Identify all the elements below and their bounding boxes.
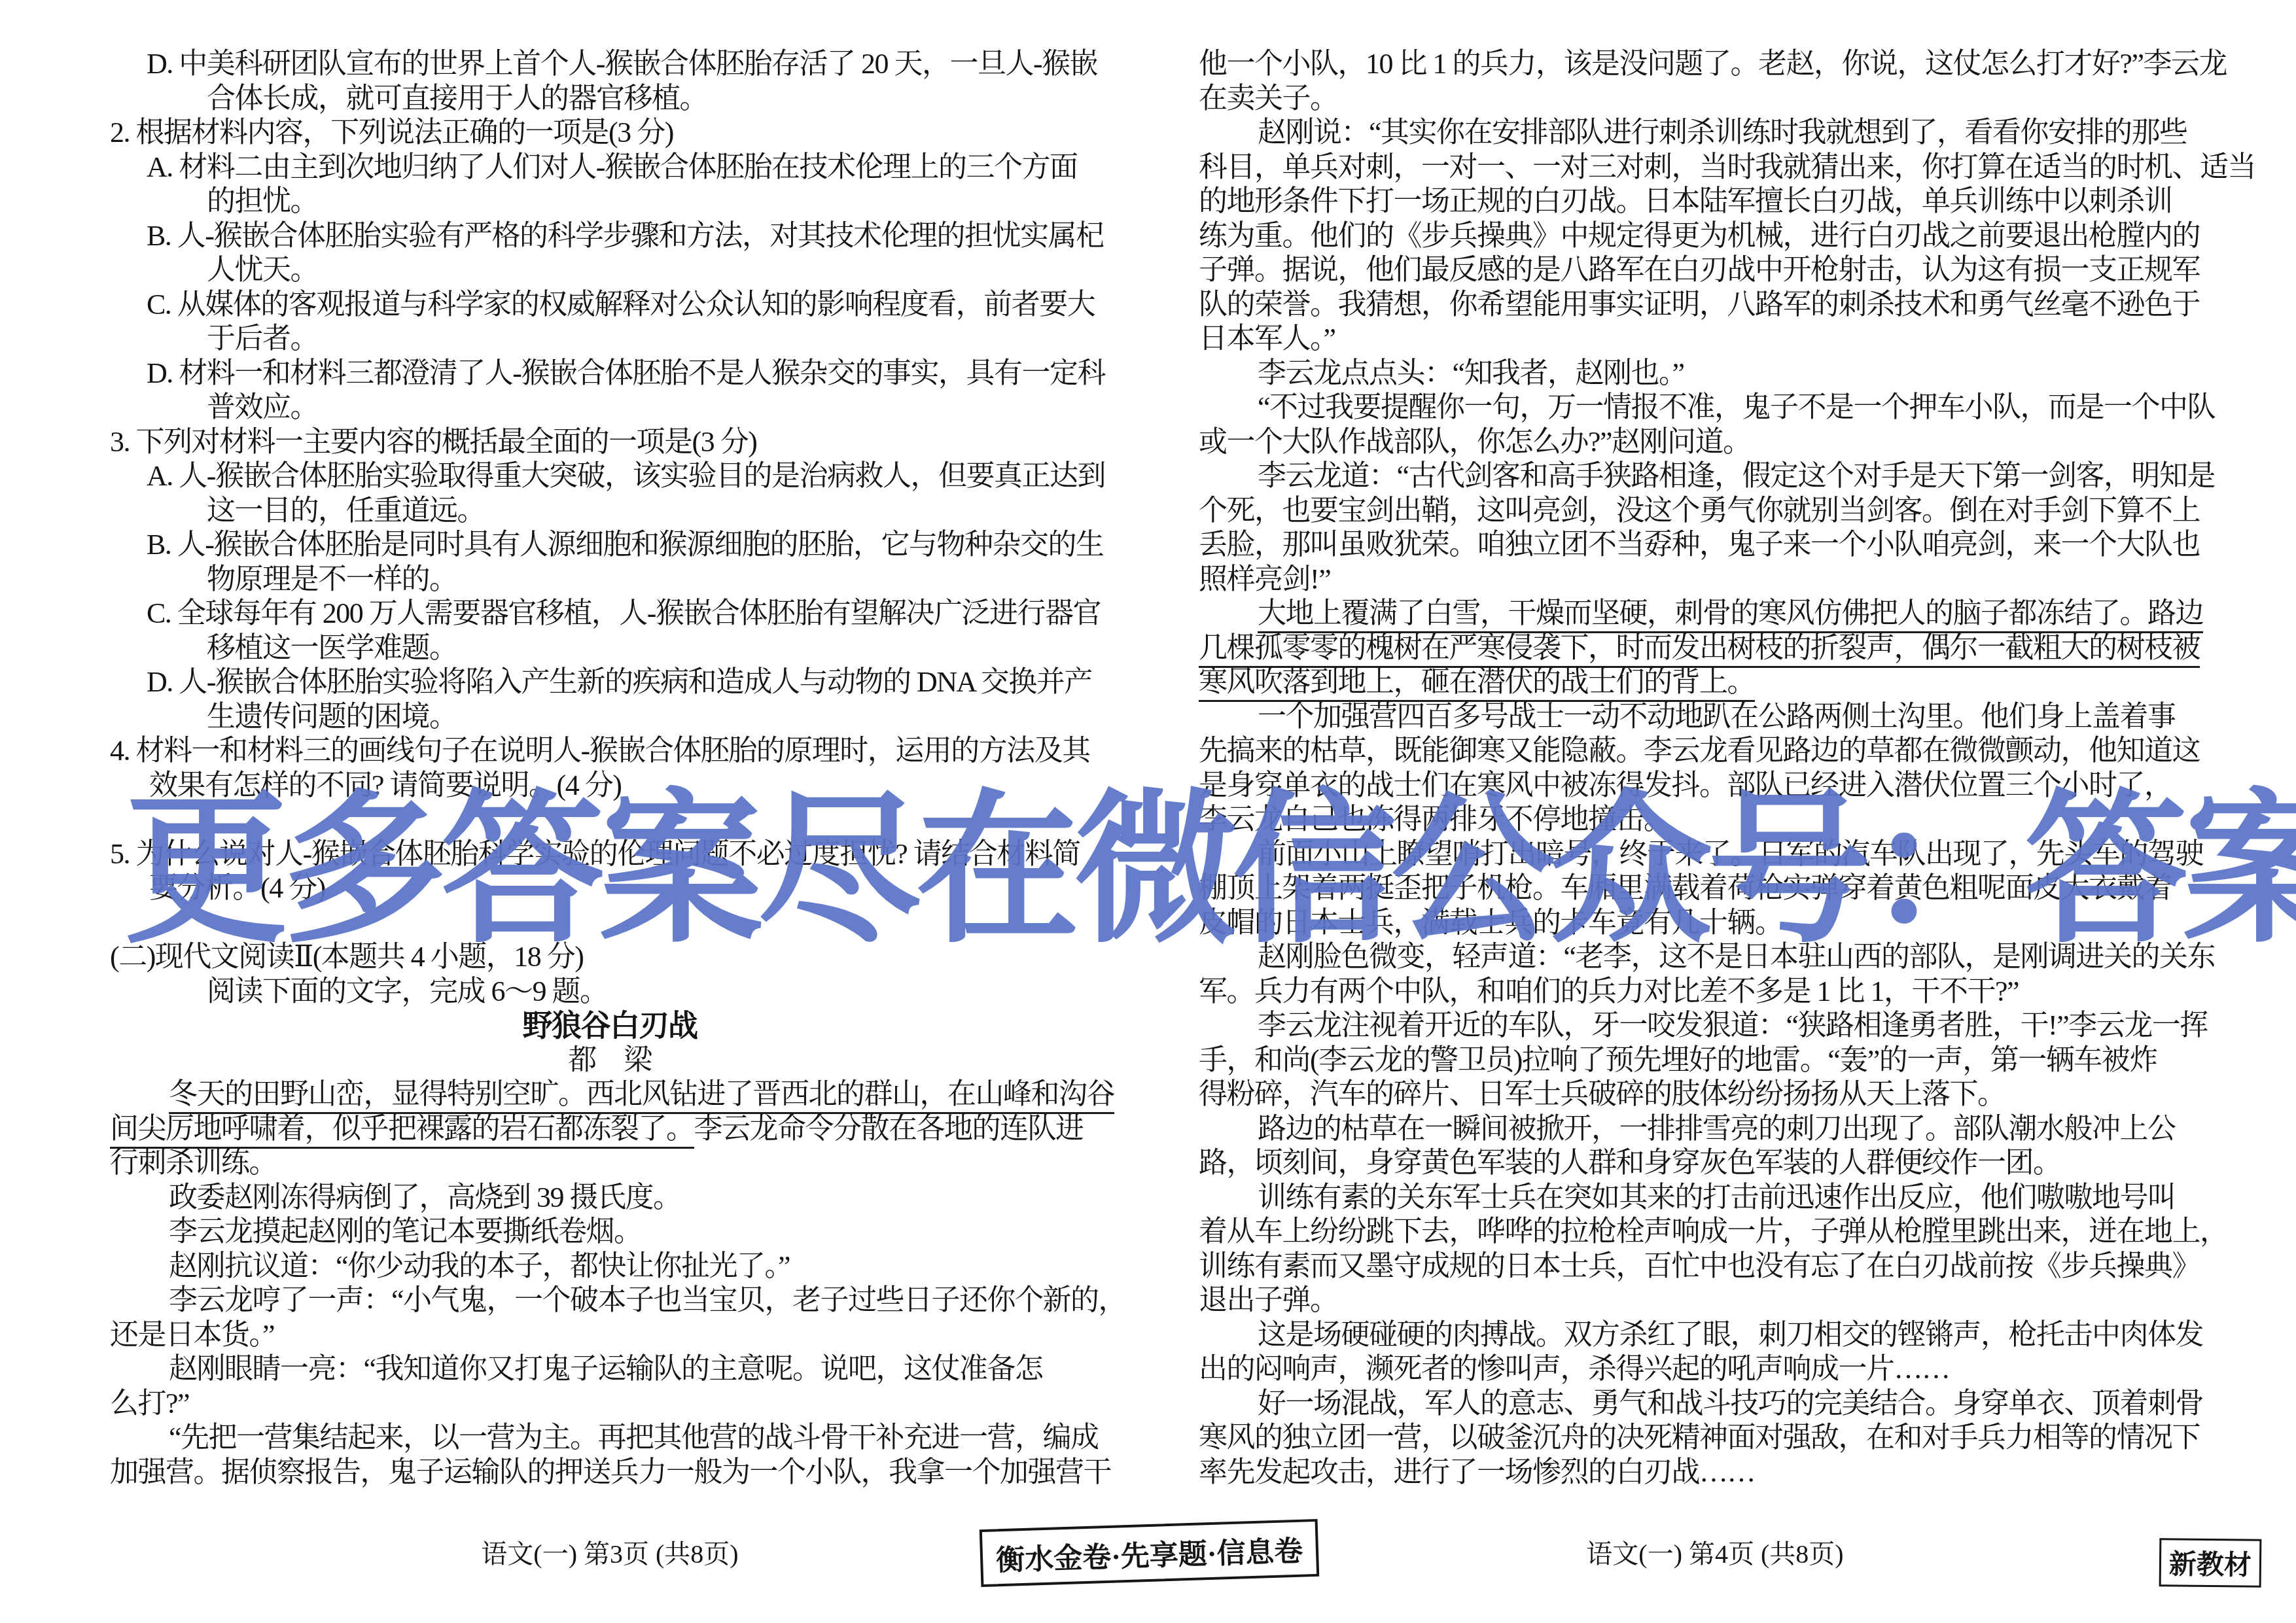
- text-segment: 都 梁: [568, 1044, 652, 1076]
- text-line: 赵刚抗议道：“你少动我的本子，都快让你扯光了。”: [110, 1249, 1110, 1284]
- text-segment: 李云龙哼了一声：“小气鬼，一个破本子也当宝贝，老子过些日子还你个新的，: [169, 1284, 1126, 1316]
- text-segment: 棚顶上架着两挺歪把子机枪。车厢里满载着荷枪实弹穿着黄色粗呢面皮大衣戴着: [1199, 872, 2172, 904]
- text-line: 李云龙摸起赵刚的笔记本要撕纸卷烟。: [110, 1215, 1110, 1249]
- text-segment: 训练有素而又墨守成规的日本士兵，百忙中也没有忘了在白刃战前按《步兵操典》: [1199, 1250, 2200, 1282]
- text-segment: 手，和尚(李云龙的警卫员)拉响了预先埋好的地雷。“轰”的一声，第一辆车被炸: [1199, 1044, 2157, 1076]
- text-line: 手，和尚(李云龙的警卫员)拉响了预先埋好的地雷。“轰”的一声，第一辆车被炸: [1199, 1043, 2231, 1078]
- text-segment: “先把一营集结起来，以一营为主。再把其他营的战斗骨干补充进一营，编成: [169, 1422, 1099, 1454]
- text-line: 于后者。: [110, 322, 1110, 357]
- text-line: 3. 下列对材料一主要内容的概括最全面的一项是(3 分): [110, 425, 1110, 460]
- edition-stamp: 新教材: [2159, 1538, 2262, 1588]
- text-line: 着从车上纷纷跳下去，哗哗的拉枪栓声响成一片，子弹从枪膛里跳出来，迸在地上，: [1199, 1215, 2231, 1249]
- text-line: 队的荣誉。我猜想，你希望能用事实证明，八路军的刺杀技术和勇气丝毫不逊色于: [1199, 288, 2231, 323]
- text-line: 的地形条件下打一场正规的白刃战。日本陆军擅长白刃战，单兵训练中以刺杀训: [1199, 184, 2231, 219]
- text-segment: 物原理是不一样的。: [207, 563, 457, 595]
- text-line: A. 材料二由主到次地归纳了人们对人-猴嵌合体胚胎在技术伦理上的三个方面: [110, 150, 1110, 185]
- text-line: 皮帽的日本士兵，满载士兵的卡车竟有几十辆。: [1199, 906, 2231, 941]
- text-segment: 李云龙道：“古代剑客和高手狭路相逢，假定这个对手是天下第一剑客，明知是: [1258, 460, 2215, 492]
- text-line: 得粉碎，汽车的碎片、日军士兵破碎的肢体纷纷扬扬从天上落下。: [1199, 1077, 2231, 1112]
- text-segment: 普效应。: [207, 391, 318, 423]
- text-line: 在卖关子。: [1199, 82, 2231, 116]
- blank-line: [110, 906, 1110, 941]
- text-segment: 或一个大队作战部队，你怎么办?”赵刚问道。: [1199, 426, 1751, 458]
- text-segment: 的担忧。: [207, 185, 318, 217]
- underlined-passage: 冬天的田野山峦，显得特别空旷。西北风钻进了晋西北的群山，在山峰和沟谷: [169, 1078, 1114, 1114]
- text-line: 赵刚眼睛一亮：“我知道你又打鬼子运输队的主意呢。说吧，这仗准备怎: [110, 1352, 1110, 1387]
- text-line: 一个加强营四百多号战士一动不动地趴在公路两侧土沟里。他们身上盖着事: [1199, 700, 2231, 735]
- text-line: 几棵孤零零的槐树在严寒侵袭下，时而发出树枝的折裂声，偶尔一截粗大的树枝被: [1199, 631, 2231, 666]
- text-segment: 行刺杀训练。: [110, 1147, 277, 1179]
- text-segment: 在卖关子。: [1199, 82, 1338, 114]
- text-segment: 他一个小队，10 比 1 的兵力，该是没问题了。老赵，你说，这仗怎么打才好?”李…: [1199, 48, 2227, 80]
- text-line: 政委赵刚冻得病倒了，高烧到 39 摄氏度。: [110, 1181, 1110, 1215]
- underlined-passage: 寒风吹落到地上，砸在潜伏的战士们的背上。: [1199, 666, 1755, 702]
- text-line: 出的闷响声，濒死者的惨叫声，杀得兴起的吼声响成一片……: [1199, 1352, 2231, 1387]
- text-segment: 效果有怎样的不同? 请简要说明。(4 分): [149, 769, 621, 801]
- blank-line: [110, 803, 1110, 837]
- text-line: 李云龙哼了一声：“小气鬼，一个破本子也当宝贝，老子过些日子还你个新的，: [110, 1283, 1110, 1318]
- text-line: 李云龙注视着开近的车队，牙一咬发狠道：“狭路相逢勇者胜，干!”李云龙一挥: [1199, 1009, 2231, 1043]
- text-line: 丢脸，那叫虽败犹荣。咱独立团不当孬种，鬼子来一个小队咱亮剑，来一个大队也: [1199, 528, 2231, 563]
- text-line: 日本军人。”: [1199, 322, 2231, 357]
- text-line: 赵刚说：“其实你在安排部队进行刺杀训练时我就想到了，看看你安排的那些: [1199, 116, 2231, 150]
- text-segment: 要分析。(4 分): [149, 872, 325, 904]
- text-segment: 率先发起攻击，进行了一场惨烈的白刃战……: [1199, 1456, 1755, 1488]
- text-line: 人忧天。: [110, 253, 1110, 288]
- text-line: 棚顶上架着两挺歪把子机枪。车厢里满载着荷枪实弹穿着黄色粗呢面皮大衣戴着: [1199, 871, 2231, 906]
- text-line: (二)现代文阅读Ⅱ(本题共 4 小题，18 分): [110, 940, 1110, 975]
- page-3-column: D. 中美科研团队宣布的世界上首个人-猴嵌合体胚胎存活了 20 天，一旦人-猴嵌…: [110, 47, 1110, 1490]
- text-line: 这是场硬碰硬的肉搏战。双方杀红了眼，刺刀相交的铿锵声，枪托击中肉体发: [1199, 1318, 2231, 1353]
- underlined-passage: 间尖厉地呼啸着，似乎把裸露的岩石都冻裂了。: [110, 1113, 694, 1149]
- text-line: 李云龙自己也冻得两排牙不停地撞击。: [1199, 803, 2231, 837]
- text-segment: A. 材料二由主到次地归纳了人们对人-猴嵌合体胚胎在技术伦理上的三个方面: [147, 151, 1077, 183]
- text-segment: 训练有素的关东军士兵在突如其来的打击前迅速作出反应，他们嗷嗷地号叫: [1258, 1181, 2176, 1213]
- text-line: 个死，也要宝剑出鞘，这叫亮剑，没这个勇气你就别当剑客。倒在对手剑下算不上: [1199, 494, 2231, 529]
- text-segment: 好一场混战，军人的意志、勇气和战斗技巧的完美结合。身穿单衣、顶着刺骨: [1258, 1387, 2203, 1420]
- text-segment: 赵刚眼睛一亮：“我知道你又打鬼子运输队的主意呢。说吧，这仗准备怎: [169, 1353, 1043, 1385]
- text-line: 这一目的，任重道远。: [110, 494, 1110, 529]
- text-segment: 子弹。据说，他们最反感的是八路军在白刃战中开枪射击，认为这有损一支正规军: [1199, 254, 2200, 286]
- text-line: 寒风吹落到地上，砸在潜伏的战士们的背上。: [1199, 665, 2231, 700]
- text-line: 退出子弹。: [1199, 1283, 2231, 1318]
- text-segment: 移植这一医学难题。: [207, 632, 457, 664]
- text-segment: 练为重。他们的《步兵操典》中规定得更为机械，进行白刃战之前要退出枪膛内的: [1199, 220, 2200, 252]
- text-segment: 赵刚说：“其实你在安排部队进行刺杀训练时我就想到了，看看你安排的那些: [1258, 116, 2187, 148]
- story-author: 都 梁: [110, 1043, 1110, 1078]
- text-segment: 人忧天。: [207, 254, 318, 286]
- text-line: 冬天的田野山峦，显得特别空旷。西北风钻进了晋西北的群山，在山峰和沟谷: [110, 1077, 1110, 1112]
- text-line: 是身穿单衣的战士们在寒风中被冻得发抖。部队已经进入潜伏位置三个小时了，: [1199, 769, 2231, 803]
- text-segment: 丢脸，那叫虽败犹荣。咱独立团不当孬种，鬼子来一个小队咱亮剑，来一个大队也: [1199, 529, 2200, 561]
- text-segment: 李云龙命令分散在各地的连队进: [694, 1113, 1084, 1145]
- text-segment: 路，顷刻间，身穿黄色军装的人群和身穿灰色军装的人群便绞作一团。: [1199, 1147, 2061, 1179]
- text-line: 寒风的独立团一营，以破釜沉舟的决死精神面对强敌，在和对手兵力相等的情况下: [1199, 1421, 2231, 1456]
- text-line: 物原理是不一样的。: [110, 563, 1110, 597]
- text-segment: 李云龙点点头：“知我者，赵刚也。”: [1258, 357, 1684, 389]
- text-segment: 这是场硬碰硬的肉搏战。双方杀红了眼，刺刀相交的铿锵声，枪托击中肉体发: [1258, 1319, 2203, 1351]
- text-line: 照样亮剑!”: [1199, 563, 2231, 597]
- text-line: 科目，单兵对刺，一对一、一对三对刺，当时我就猜出来，你打算在适当的时机、适当: [1199, 150, 2231, 185]
- text-line: “不过我要提醒你一句，万一情报不准，鬼子不是一个押车小队，而是一个中队: [1199, 391, 2231, 425]
- page-4-footer: 语文(一) 第4页 (共8页): [1199, 1533, 2231, 1571]
- underlined-passage: 几棵孤零零的槐树在严寒侵袭下，时而发出树枝的折裂声，偶尔一截粗大的树枝被: [1199, 632, 2200, 668]
- text-line: 大地上覆满了白雪，干燥而坚硬，刺骨的寒风仿佛把人的脑子都冻结了。路边: [1199, 597, 2231, 631]
- text-segment: 科目，单兵对刺，一对一、一对三对刺，当时我就猜出来，你打算在适当的时机、适当: [1199, 151, 2255, 183]
- text-segment: 合体长成，就可直接用于人的器官移植。: [207, 82, 707, 114]
- text-segment: 5. 为什么说对人-猴嵌合体胚胎科学实验的伦理问题不必过度担忧? 请结合材料简: [110, 838, 1080, 870]
- text-line: 练为重。他们的《步兵操典》中规定得更为机械，进行白刃战之前要退出枪膛内的: [1199, 219, 2231, 254]
- text-segment: 照样亮剑!”: [1199, 563, 1330, 595]
- text-segment: 李云龙摸起赵刚的笔记本要撕纸卷烟。: [169, 1215, 642, 1248]
- text-line: 生遗传问题的困境。: [110, 700, 1110, 735]
- text-line: 好一场混战，军人的意志、勇气和战斗技巧的完美结合。身穿单衣、顶着刺骨: [1199, 1387, 2231, 1422]
- text-segment: 皮帽的日本士兵，满载士兵的卡车竟有几十辆。: [1199, 907, 1783, 939]
- text-segment: 队的荣誉。我猜想，你希望能用事实证明，八路军的刺杀技术和勇气丝毫不逊色于: [1199, 288, 2200, 321]
- page-3-footer: 语文(一) 第3页 (共8页): [110, 1533, 1110, 1571]
- text-line: B. 人-猴嵌合体胚胎是同时具有人源细胞和猴源细胞的胚胎，它与物种杂交的生: [110, 528, 1110, 563]
- text-line: 路边的枯草在一瞬间被掀开，一排排雪亮的刺刀出现了。部队潮水般冲上公: [1199, 1112, 2231, 1147]
- text-line: 阅读下面的文字，完成 6～9 题。: [110, 975, 1110, 1009]
- text-line: 行刺杀训练。: [110, 1146, 1110, 1181]
- text-line: 训练有素的关东军士兵在突如其来的打击前迅速作出反应，他们嗷嗷地号叫: [1199, 1181, 2231, 1215]
- text-line: 的担忧。: [110, 184, 1110, 219]
- text-segment: 退出子弹。: [1199, 1284, 1338, 1316]
- text-line: B. 人-猴嵌合体胚胎实验有严格的科学步骤和方法，对其技术伦理的担忧实属杞: [110, 219, 1110, 254]
- text-line: 李云龙道：“古代剑客和高手狭路相逢，假定这个对手是天下第一剑客，明知是: [1199, 459, 2231, 494]
- text-line: 军。兵力有两个中队，和咱们的兵力对比差不多是 1 比 1，干不干?”: [1199, 975, 2231, 1009]
- text-segment: “不过我要提醒你一句，万一情报不准，鬼子不是一个押车小队，而是一个中队: [1258, 391, 2215, 423]
- text-segment: C. 全球每年有 200 万人需要器官移植，人-猴嵌合体胚胎有望解决广泛进行器官: [147, 597, 1101, 629]
- text-segment: 于后者。: [207, 323, 318, 355]
- text-segment: 赵刚脸色微变，轻声道：“老李，这不是日本驻山西的部队，是刚调进关的关东: [1258, 941, 2215, 973]
- text-segment: D. 人-猴嵌合体胚胎实验将陷入产生新的疾病和造成人与动物的 DNA 交换并产: [147, 666, 1092, 698]
- text-segment: 出的闷响声，濒死者的惨叫声，杀得兴起的吼声响成一片……: [1199, 1353, 1950, 1385]
- text-line: 4. 材料一和材料三的画线句子在说明人-猴嵌合体胚胎的原理时，运用的方法及其: [110, 734, 1110, 769]
- text-line: 合体长成，就可直接用于人的器官移植。: [110, 82, 1110, 116]
- text-line: D. 材料一和材料三都澄清了人-猴嵌合体胚胎不是人猴杂交的事实，具有一定科: [110, 357, 1110, 391]
- text-line: 间尖厉地呼啸着，似乎把裸露的岩石都冻裂了。李云龙命令分散在各地的连队进: [110, 1112, 1110, 1147]
- text-line: 先搞来的枯草，既能御寒又能隐蔽。李云龙看见路边的草都在微微颤动，他知道这: [1199, 734, 2231, 769]
- text-segment: 阅读下面的文字，完成 6～9 题。: [207, 975, 608, 1007]
- text-segment: 日本军人。”: [1199, 323, 1335, 355]
- text-segment: 是身穿单衣的战士们在寒风中被冻得发抖。部队已经进入潜伏位置三个小时了，: [1199, 769, 2172, 801]
- text-segment: 寒风的独立团一营，以破釜沉舟的决死精神面对强敌，在和对手兵力相等的情况下: [1199, 1422, 2200, 1454]
- text-line: 么打?”: [110, 1387, 1110, 1422]
- text-line: 或一个大队作战部队，你怎么办?”赵刚问道。: [1199, 425, 2231, 460]
- text-segment: 着从车上纷纷跳下去，哗哗的拉枪栓声响成一片，子弹从枪膛里跳出来，迸在地上，: [1199, 1215, 2228, 1248]
- text-segment: 先搞来的枯草，既能御寒又能隐蔽。李云龙看见路边的草都在微微颤动，他知道这: [1199, 735, 2200, 767]
- text-segment: 路边的枯草在一瞬间被掀开，一排排雪亮的刺刀出现了。部队潮水般冲上公: [1258, 1113, 2176, 1145]
- text-line: A. 人-猴嵌合体胚胎实验取得重大突破，该实验目的是治病救人，但要真正达到: [110, 459, 1110, 494]
- text-line: 普效应。: [110, 391, 1110, 425]
- text-segment: D. 材料一和材料三都澄清了人-猴嵌合体胚胎不是人猴杂交的事实，具有一定科: [147, 357, 1105, 389]
- text-segment: 么打?”: [110, 1387, 189, 1420]
- text-line: C. 从媒体的客观报道与科学家的权威解释对公众认知的影响程度看，前者要大: [110, 288, 1110, 323]
- text-line: 加强营。据侦察报告，鬼子运输队的押送兵力一般为一个小队，我拿一个加强营干: [110, 1456, 1110, 1490]
- underlined-passage: 大地上覆满了白雪，干燥而坚硬，刺骨的寒风仿佛把人的脑子都冻结了。路边: [1258, 597, 2203, 633]
- text-segment: 的地形条件下打一场正规的白刃战。日本陆军擅长白刃战，单兵训练中以刺杀训: [1199, 185, 2172, 217]
- text-line: 要分析。(4 分): [110, 871, 1110, 906]
- text-line: C. 全球每年有 200 万人需要器官移植，人-猴嵌合体胚胎有望解决广泛进行器官: [110, 597, 1110, 631]
- text-segment: 前面小山上瞭望哨打出暗号，终于来了。日军的汽车队出现了，先头车的驾驶: [1258, 838, 2203, 870]
- text-segment: 生遗传问题的困境。: [207, 701, 457, 733]
- text-segment: B. 人-猴嵌合体胚胎是同时具有人源细胞和猴源细胞的胚胎，它与物种杂交的生: [147, 529, 1104, 561]
- text-segment: 3. 下列对材料一主要内容的概括最全面的一项是(3 分): [110, 426, 756, 458]
- text-line: 赵刚脸色微变，轻声道：“老李，这不是日本驻山西的部队，是刚调进关的关东: [1199, 940, 2231, 975]
- story-title: 野狼谷白刃战: [110, 1009, 1110, 1043]
- text-segment: (二)现代文阅读Ⅱ(本题共 4 小题，18 分): [110, 941, 584, 973]
- text-segment: 政委赵刚冻得病倒了，高烧到 39 摄氏度。: [169, 1181, 681, 1213]
- text-segment: C. 从媒体的客观报道与科学家的权威解释对公众认知的影响程度看，前者要大: [147, 288, 1095, 321]
- text-line: 效果有怎样的不同? 请简要说明。(4 分): [110, 769, 1110, 803]
- text-line: D. 中美科研团队宣布的世界上首个人-猴嵌合体胚胎存活了 20 天，一旦人-猴嵌: [110, 47, 1110, 82]
- text-line: 前面小山上瞭望哨打出暗号，终于来了。日军的汽车队出现了，先头车的驾驶: [1199, 837, 2231, 872]
- text-segment: 军。兵力有两个中队，和咱们的兵力对比差不多是 1 比 1，干不干?”: [1199, 975, 2019, 1007]
- text-line: 2. 根据材料内容，下列说法正确的一项是(3 分): [110, 116, 1110, 150]
- text-segment: 野狼谷白刃战: [523, 1009, 698, 1042]
- text-line: 他一个小队，10 比 1 的兵力，该是没问题了。老赵，你说，这仗怎么打才好?”李…: [1199, 47, 2231, 82]
- text-line: 子弹。据说，他们最反感的是八路军在白刃战中开枪射击，认为这有损一支正规军: [1199, 253, 2231, 288]
- text-segment: 李云龙注视着开近的车队，牙一咬发狠道：“狭路相逢勇者胜，干!”李云龙一挥: [1258, 1009, 2208, 1041]
- page-4-column: 他一个小队，10 比 1 的兵力，该是没问题了。老赵，你说，这仗怎么打才好?”李…: [1199, 47, 2231, 1490]
- text-segment: 一个加强营四百多号战士一动不动地趴在公路两侧土沟里。他们身上盖着事: [1258, 701, 2176, 733]
- text-line: 移植这一医学难题。: [110, 631, 1110, 666]
- text-line: 训练有素而又墨守成规的日本士兵，百忙中也没有忘了在白刃战前按《步兵操典》: [1199, 1249, 2231, 1284]
- exam-paper-spread: D. 中美科研团队宣布的世界上首个人-猴嵌合体胚胎存活了 20 天，一旦人-猴嵌…: [0, 0, 2296, 1623]
- text-segment: 赵刚抗议道：“你少动我的本子，都快让你扯光了。”: [169, 1250, 790, 1282]
- text-segment: D. 中美科研团队宣布的世界上首个人-猴嵌合体胚胎存活了 20 天，一旦人-猴嵌: [147, 48, 1097, 80]
- text-segment: 个死，也要宝剑出鞘，这叫亮剑，没这个勇气你就别当剑客。倒在对手剑下算不上: [1199, 495, 2200, 527]
- text-line: 率先发起攻击，进行了一场惨烈的白刃战……: [1199, 1456, 2231, 1490]
- text-line: 李云龙点点头：“知我者，赵刚也。”: [1199, 357, 2231, 391]
- text-line: “先把一营集结起来，以一营为主。再把其他营的战斗骨干补充进一营，编成: [110, 1421, 1110, 1456]
- text-segment: A. 人-猴嵌合体胚胎实验取得重大突破，该实验目的是治病救人，但要真正达到: [147, 460, 1105, 492]
- text-line: 5. 为什么说对人-猴嵌合体胚胎科学实验的伦理问题不必过度担忧? 请结合材料简: [110, 837, 1110, 872]
- text-line: 还是日本货。”: [110, 1318, 1110, 1353]
- text-line: D. 人-猴嵌合体胚胎实验将陷入产生新的疾病和造成人与动物的 DNA 交换并产: [110, 665, 1110, 700]
- text-segment: 这一目的，任重道远。: [207, 495, 485, 527]
- text-segment: B. 人-猴嵌合体胚胎实验有严格的科学步骤和方法，对其技术伦理的担忧实属杞: [147, 220, 1104, 252]
- text-segment: 得粉碎，汽车的碎片、日军士兵破碎的肢体纷纷扬扬从天上落下。: [1199, 1078, 2005, 1110]
- text-segment: 还是日本货。”: [110, 1319, 274, 1351]
- text-segment: 2. 根据材料内容，下列说法正确的一项是(3 分): [110, 116, 673, 148]
- text-segment: 4. 材料一和材料三的画线句子在说明人-猴嵌合体胚胎的原理时，运用的方法及其: [110, 735, 1090, 767]
- text-segment: 加强营。据侦察报告，鬼子运输队的押送兵力一般为一个小队，我拿一个加强营干: [110, 1456, 1111, 1488]
- text-line: 路，顷刻间，身穿黄色军装的人群和身穿灰色军装的人群便绞作一团。: [1199, 1146, 2231, 1181]
- text-segment: 李云龙自己也冻得两排牙不停地撞击。: [1199, 803, 1672, 835]
- brand-stamp: 衡水金卷·先享题·信息卷: [980, 1519, 1320, 1587]
